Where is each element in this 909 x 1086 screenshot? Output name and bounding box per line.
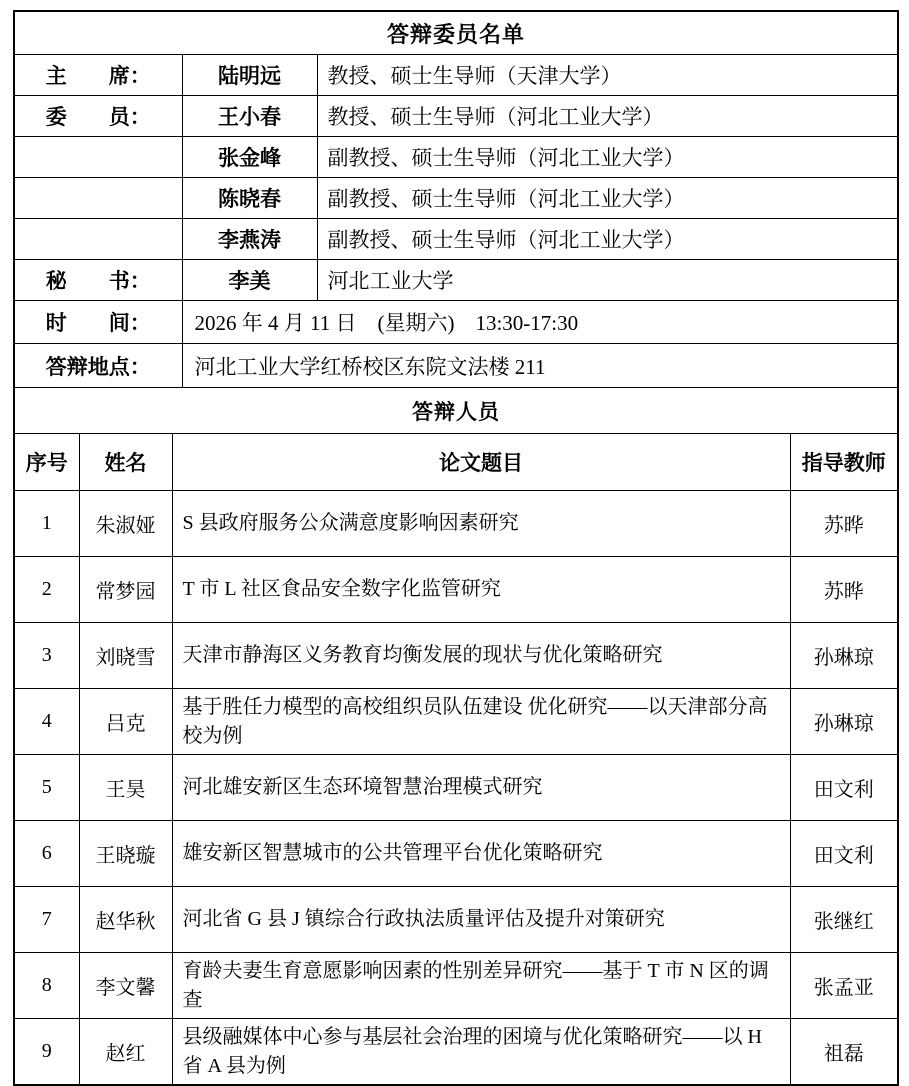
committee-member-affiliation: 副教授、硕士生导师（河北工业大学） [317, 137, 897, 178]
header-seq: 序号 [15, 434, 79, 491]
committee-member-row: 李燕涛 副教授、硕士生导师（河北工业大学） [15, 219, 897, 260]
name-cell: 朱淑娅 [79, 491, 172, 557]
location-row: 答辩地点： 河北工业大学红桥校区东院文法楼 211 [15, 344, 897, 388]
committee-role-label [15, 219, 182, 260]
advisor-cell: 张继红 [790, 887, 897, 953]
committee-role-label: 秘 书： [15, 260, 182, 301]
committee-member-name: 陈晓春 [182, 178, 317, 219]
committee-member-name: 李美 [182, 260, 317, 301]
advisor-cell: 张孟亚 [790, 953, 897, 1019]
header-name: 姓名 [79, 434, 172, 491]
committee-member-affiliation: 教授、硕士生导师（河北工业大学） [317, 96, 897, 137]
name-cell: 赵华秋 [79, 887, 172, 953]
defenders-title-row: 答辩人员 [15, 388, 897, 434]
defender-row: 6 王晓璇 雄安新区智慧城市的公共管理平台优化策略研究 田文利 [15, 821, 897, 887]
defender-row: 5 王昊 河北雄安新区生态环境智慧治理模式研究 田文利 [15, 755, 897, 821]
advisor-cell: 孙琳琼 [790, 689, 897, 755]
thesis-title-cell: 基于胜任力模型的高校组织员队伍建设 优化研究——以天津部分高校为例 [172, 689, 790, 755]
defender-row: 1 朱淑娅 S 县政府服务公众满意度影响因素研究 苏晔 [15, 491, 897, 557]
committee-member-name: 张金峰 [182, 137, 317, 178]
name-cell: 李文馨 [79, 953, 172, 1019]
seq-cell: 1 [15, 491, 79, 557]
defender-row: 2 常梦园 T 市 L 社区食品安全数字化监管研究 苏晔 [15, 557, 897, 623]
defender-row: 8 李文馨 育龄夫妻生育意愿影响因素的性别差异研究——基于 T 市 N 区的调查… [15, 953, 897, 1019]
committee-member-name: 李燕涛 [182, 219, 317, 260]
thesis-title-cell: 雄安新区智慧城市的公共管理平台优化策略研究 [172, 821, 790, 887]
thesis-title-cell: 县级融媒体中心参与基层社会治理的困境与优化策略研究——以 H 省 A 县为例 [172, 1019, 790, 1085]
location-value: 河北工业大学红桥校区东院文法楼 211 [182, 344, 897, 388]
committee-member-row: 陈晓春 副教授、硕士生导师（河北工业大学） [15, 178, 897, 219]
seq-cell: 9 [15, 1019, 79, 1085]
advisor-cell: 祖磊 [790, 1019, 897, 1085]
defenders-header-row: 序号 姓名 论文题目 指导教师 [15, 434, 897, 491]
thesis-title-cell: 育龄夫妻生育意愿影响因素的性别差异研究——基于 T 市 N 区的调查 [172, 953, 790, 1019]
seq-cell: 6 [15, 821, 79, 887]
name-cell: 王晓璇 [79, 821, 172, 887]
header-thesis-title: 论文题目 [172, 434, 790, 491]
advisor-cell: 苏晔 [790, 491, 897, 557]
committee-member-row: 秘 书： 李美 河北工业大学 [15, 260, 897, 301]
defender-row: 7 赵华秋 河北省 G 县 J 镇综合行政执法质量评估及提升对策研究 张继红 [15, 887, 897, 953]
defenders-table: 答辩人员 序号 姓名 论文题目 指导教师 1 朱淑娅 S 县政府服务公众满意度影… [15, 388, 897, 1084]
committee-member-row: 委 员： 王小春 教授、硕士生导师（河北工业大学） [15, 96, 897, 137]
seq-cell: 3 [15, 623, 79, 689]
seq-cell: 7 [15, 887, 79, 953]
committee-section-title: 答辩委员名单 [15, 12, 897, 55]
defender-row: 9 赵红 县级融媒体中心参与基层社会治理的困境与优化策略研究——以 H 省 A … [15, 1019, 897, 1085]
seq-cell: 2 [15, 557, 79, 623]
committee-table: 答辩委员名单 主 席： 陆明远 教授、硕士生导师（天津大学） 委 员： 王小春 … [15, 12, 897, 387]
time-row: 时 间： 2026 年 4 月 11 日 (星期六) 13:30-17:30 [15, 301, 897, 344]
advisor-cell: 孙琳琼 [790, 623, 897, 689]
committee-title-row: 答辩委员名单 [15, 12, 897, 55]
committee-member-name: 王小春 [182, 96, 317, 137]
location-label: 答辩地点： [15, 344, 182, 388]
advisor-cell: 田文利 [790, 821, 897, 887]
committee-member-row: 张金峰 副教授、硕士生导师（河北工业大学） [15, 137, 897, 178]
time-label: 时 间： [15, 301, 182, 344]
defender-row: 3 刘晓雪 天津市静海区义务教育均衡发展的现状与优化策略研究 孙琳琼 [15, 623, 897, 689]
name-cell: 吕克 [79, 689, 172, 755]
thesis-title-cell: 河北雄安新区生态环境智慧治理模式研究 [172, 755, 790, 821]
committee-role-label: 委 员： [15, 96, 182, 137]
name-cell: 赵红 [79, 1019, 172, 1085]
committee-member-affiliation: 副教授、硕士生导师（河北工业大学） [317, 178, 897, 219]
committee-member-affiliation: 教授、硕士生导师（天津大学） [317, 55, 897, 96]
name-cell: 常梦园 [79, 557, 172, 623]
committee-role-label [15, 137, 182, 178]
thesis-title-cell: 天津市静海区义务教育均衡发展的现状与优化策略研究 [172, 623, 790, 689]
name-cell: 刘晓雪 [79, 623, 172, 689]
committee-role-label: 主 席： [15, 55, 182, 96]
committee-member-row: 主 席： 陆明远 教授、硕士生导师（天津大学） [15, 55, 897, 96]
seq-cell: 5 [15, 755, 79, 821]
header-advisor: 指导教师 [790, 434, 897, 491]
thesis-title-cell: S 县政府服务公众满意度影响因素研究 [172, 491, 790, 557]
advisor-cell: 田文利 [790, 755, 897, 821]
thesis-title-cell: T 市 L 社区食品安全数字化监管研究 [172, 557, 790, 623]
advisor-cell: 苏晔 [790, 557, 897, 623]
committee-member-affiliation: 河北工业大学 [317, 260, 897, 301]
defenders-section-title: 答辩人员 [15, 388, 897, 434]
name-cell: 王昊 [79, 755, 172, 821]
committee-member-name: 陆明远 [182, 55, 317, 96]
defense-schedule-document: 答辩委员名单 主 席： 陆明远 教授、硕士生导师（天津大学） 委 员： 王小春 … [13, 10, 899, 1086]
seq-cell: 8 [15, 953, 79, 1019]
time-value: 2026 年 4 月 11 日 (星期六) 13:30-17:30 [182, 301, 897, 344]
committee-role-label [15, 178, 182, 219]
thesis-title-cell: 河北省 G 县 J 镇综合行政执法质量评估及提升对策研究 [172, 887, 790, 953]
seq-cell: 4 [15, 689, 79, 755]
committee-member-affiliation: 副教授、硕士生导师（河北工业大学） [317, 219, 897, 260]
defender-row: 4 吕克 基于胜任力模型的高校组织员队伍建设 优化研究——以天津部分高校为例 孙… [15, 689, 897, 755]
